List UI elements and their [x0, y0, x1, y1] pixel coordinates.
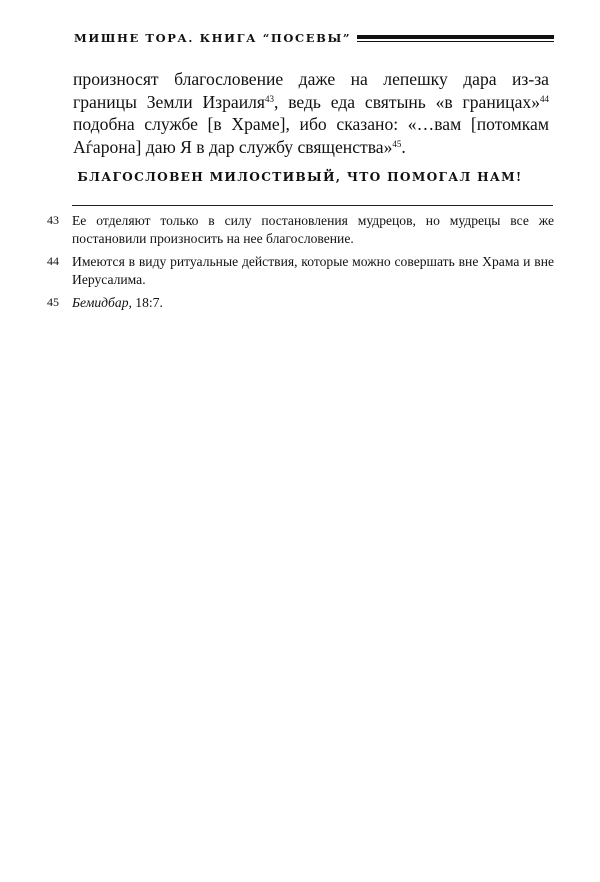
footnote-source-title: Бемидбар — [72, 295, 129, 310]
paragraph-text: . — [401, 137, 405, 157]
footnote-43: 43 Ее отделяют только в силу постановлен… — [40, 212, 554, 247]
closing-blessing: БЛАГОСЛОВЕН МИЛОСТИВЫЙ, ЧТО ПОМОГАЛ НАМ! — [0, 170, 600, 184]
running-head: МИШНЕ ТОРА. КНИГА “ПОСЕВЫ” — [74, 30, 554, 46]
book-page: МИШНЕ ТОРА. КНИГА “ПОСЕВЫ” произносят бл… — [0, 0, 600, 882]
header-rule-thin — [357, 41, 554, 42]
footnote-text: Имеются в виду ритуальные действия, кото… — [72, 254, 554, 287]
paragraph-text: подобна службе [в Храме], ибо сказано: «… — [73, 114, 549, 157]
footnote-number: 43 — [47, 212, 59, 230]
running-title: МИШНЕ ТОРА. КНИГА “ПОСЕВЫ” — [74, 31, 351, 45]
footnote-ref-43[interactable]: 43 — [265, 94, 274, 104]
header-double-rule — [357, 35, 554, 42]
paragraph-text: , ведь еда святынь «в границах» — [274, 92, 540, 112]
header-rule-thick — [357, 35, 554, 39]
footnote-45: 45 Бемидбар, 18:7. — [40, 294, 554, 312]
footnotes: 43 Ее отделяют только в силу постановлен… — [40, 212, 554, 318]
footnote-number: 44 — [47, 253, 59, 271]
footnote-44: 44 Имеются в виду ритуальные действия, к… — [40, 253, 554, 288]
footnote-number: 45 — [47, 294, 59, 312]
main-paragraph: произносят благословение даже на лепешку… — [73, 68, 549, 158]
footnote-text: , 18:7. — [129, 295, 163, 310]
footnote-text: Ее отделяют только в силу постановления … — [72, 213, 554, 246]
footnote-ref-44[interactable]: 44 — [540, 94, 549, 104]
footnote-separator — [72, 205, 553, 206]
